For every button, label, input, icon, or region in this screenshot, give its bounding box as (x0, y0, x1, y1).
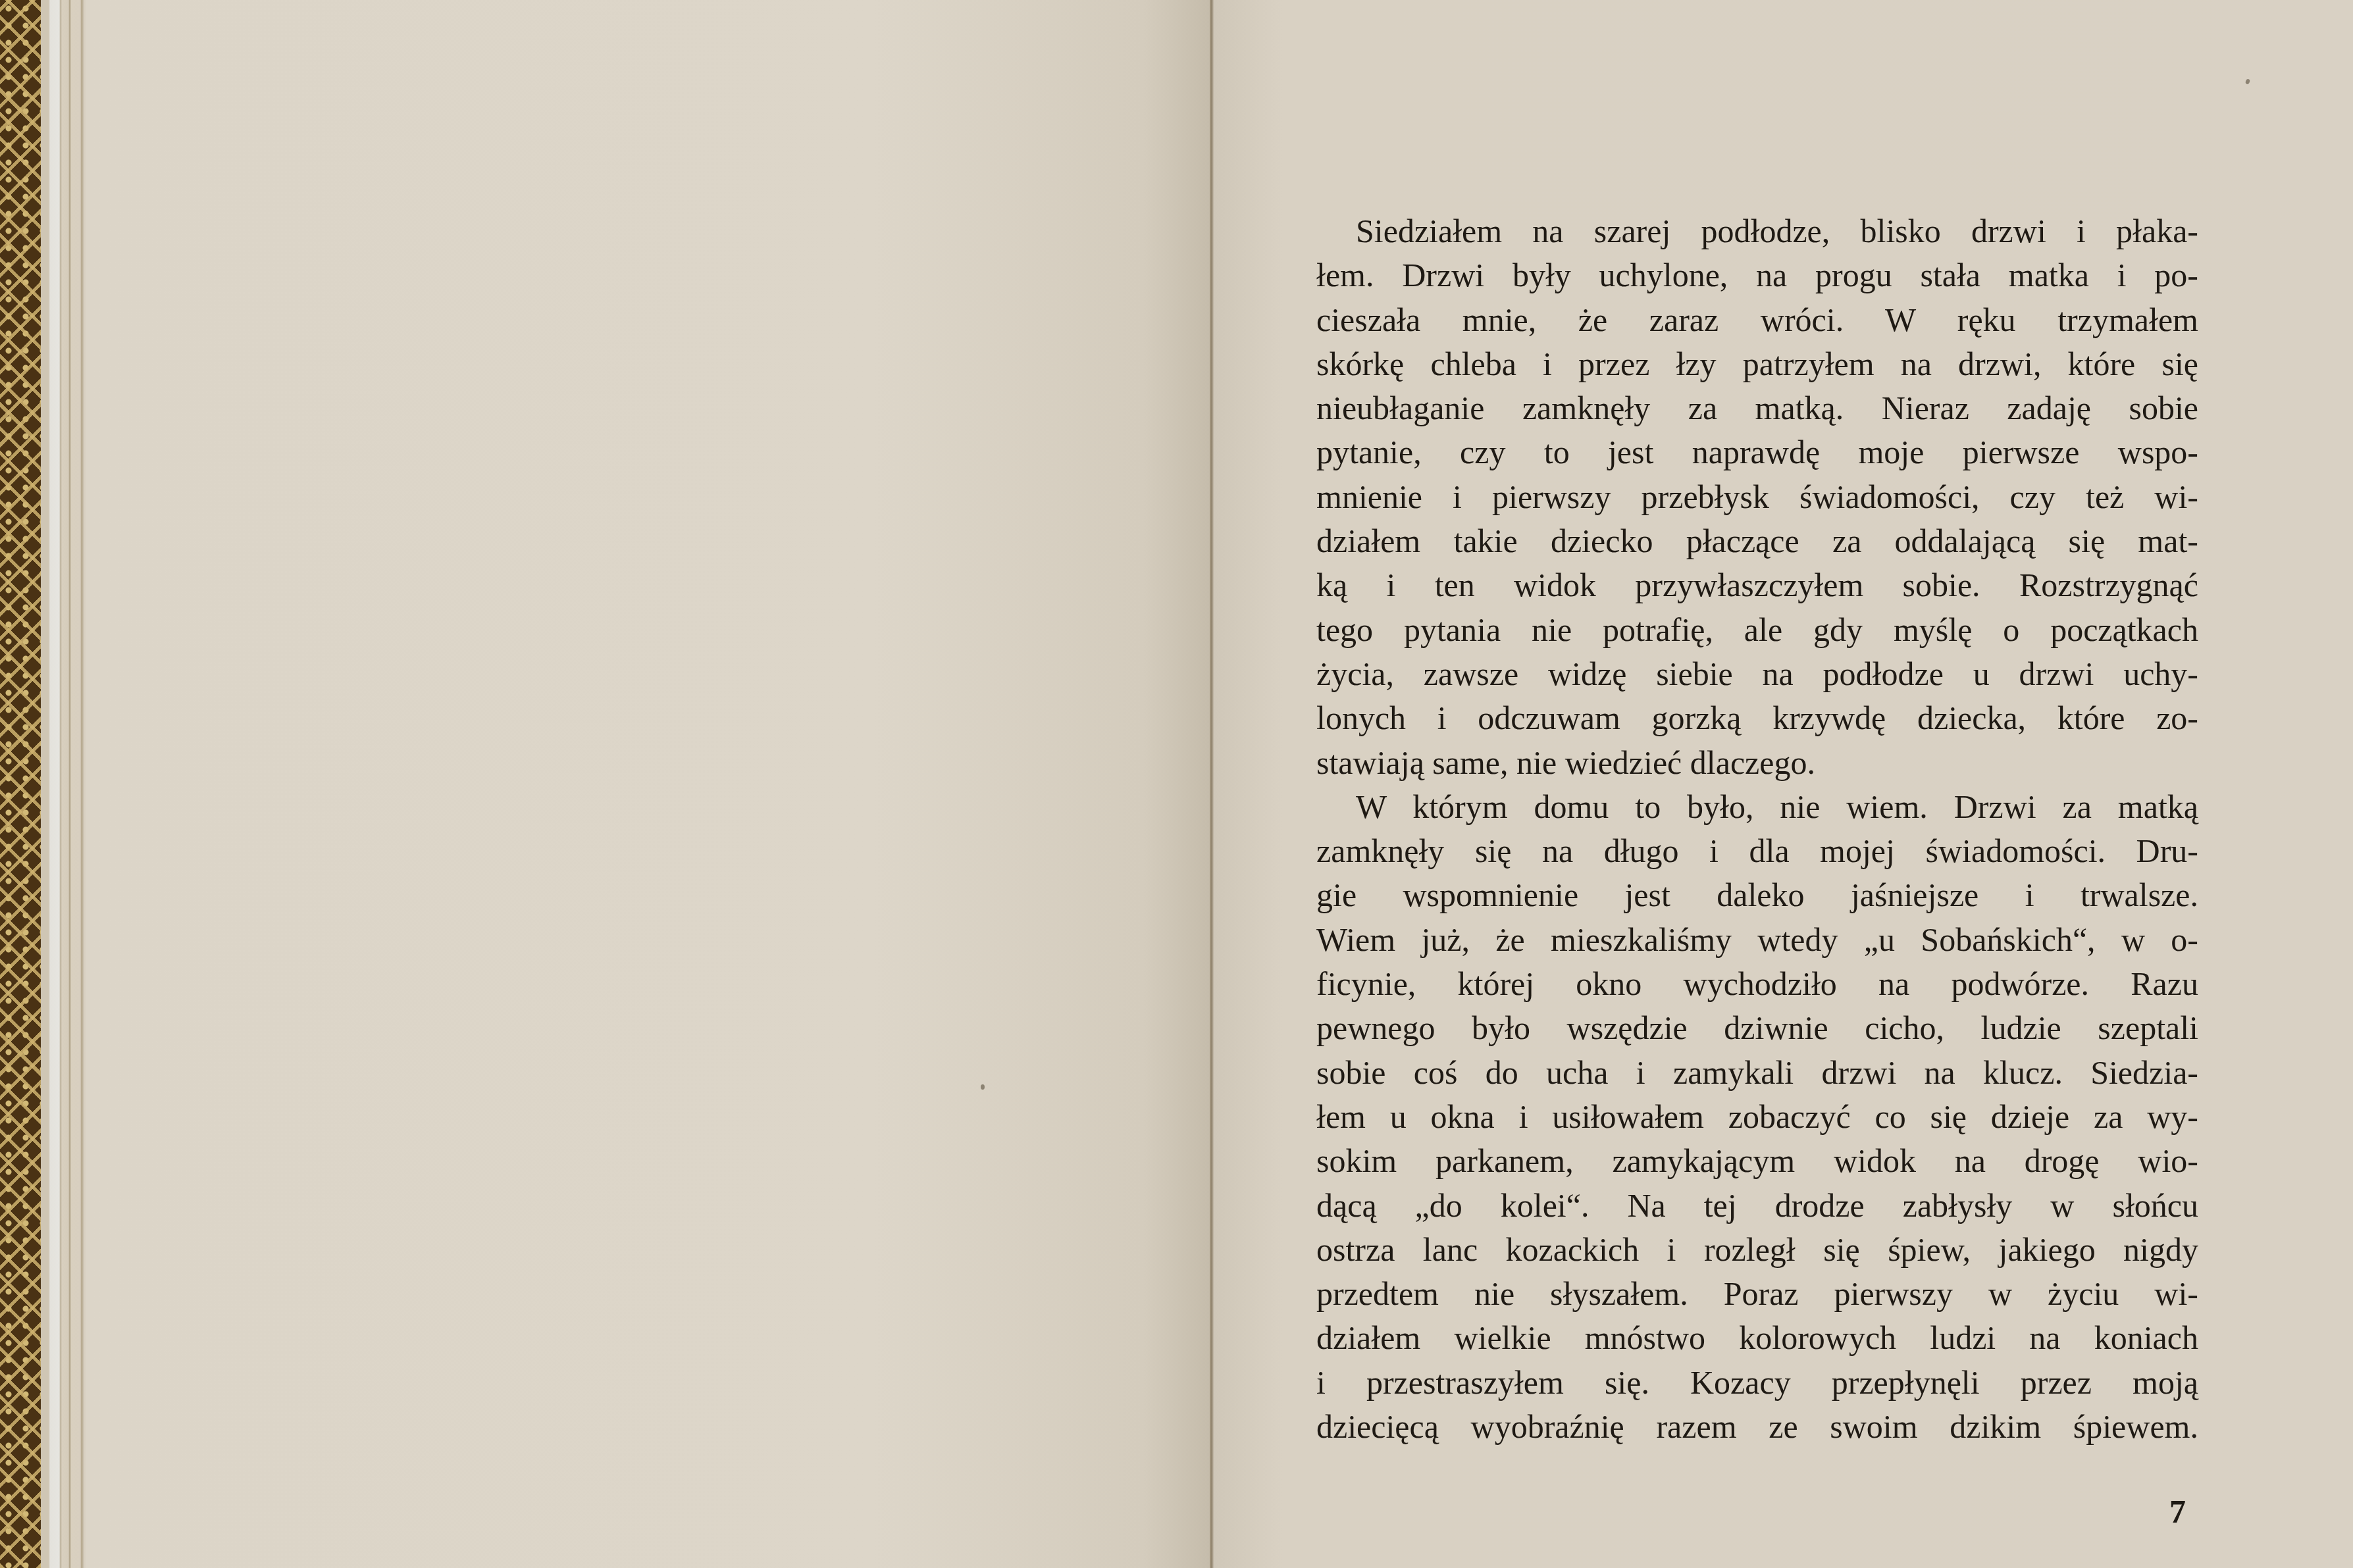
text-line: sokim parkanem, zamykającym widok na dro… (1316, 1139, 2198, 1183)
text-line: działem wielkie mnóstwo kolorowych ludzi… (1316, 1316, 2198, 1360)
text-line: skórkę chleba i przez łzy patrzyłem na d… (1316, 342, 2198, 386)
text-line: przedtem nie słyszałem. Poraz pierwszy w… (1316, 1272, 2198, 1316)
page-edges (41, 0, 86, 1568)
paper-speck (981, 1084, 985, 1090)
text-line: lonych i odczuwam gorzką krzywdę dziecka… (1316, 696, 2198, 740)
text-line: dącą „do kolei“. Na tej drodze zabłysły … (1316, 1184, 2198, 1228)
text-line: Siedziałem na szarej podłodze, blisko dr… (1316, 209, 2198, 253)
text-line: W którym domu to było, nie wiem. Drzwi z… (1316, 785, 2198, 829)
text-line: zamknęły się na długo i dla mojej świado… (1316, 829, 2198, 873)
left-page-blank (86, 0, 1211, 1568)
text-line: cieszała mnie, że zaraz wróci. W ręku tr… (1316, 298, 2198, 342)
text-line: nieubłaganie zamknęły za matką. Nieraz z… (1316, 386, 2198, 430)
text-line: pewnego było wszędzie dziwnie cicho, lud… (1316, 1006, 2198, 1050)
text-line: stawiają same, nie wiedzieć dlaczego. (1316, 741, 2198, 785)
text-line: tego pytania nie potrafię, ale gdy myślę… (1316, 608, 2198, 652)
text-line: życia, zawsze widzę siebie na podłodze u… (1316, 652, 2198, 696)
text-line: i przestraszyłem się. Kozacy przepłynęli… (1316, 1361, 2198, 1405)
text-line: ficynie, której okno wychodziło na podwó… (1316, 962, 2198, 1006)
book-cover-binding (0, 0, 41, 1568)
text-line: Wiem już, że mieszkaliśmy wtedy „u Sobań… (1316, 918, 2198, 962)
page-number: 7 (2169, 1492, 2186, 1530)
text-line: ką i ten widok przywłaszczyłem sobie. Ro… (1316, 563, 2198, 607)
text-line: sobie coś do ucha i zamykali drzwi na kl… (1316, 1051, 2198, 1095)
text-line: łem u okna i usiłowałem zobaczyć co się … (1316, 1095, 2198, 1139)
text-line: mnienie i pierwszy przebłysk świadomości… (1316, 475, 2198, 519)
text-line: działem takie dziecko płaczące za oddala… (1316, 519, 2198, 563)
text-line: gie wspomnienie jest daleko jaśniejsze i… (1316, 873, 2198, 917)
text-line: ostrza lanc kozackich i rozległ się śpie… (1316, 1228, 2198, 1272)
text-line: dziecięcą wyobraźnię razem ze swoim dzik… (1316, 1405, 2198, 1449)
body-text: Siedziałem na szarej podłodze, blisko dr… (1316, 209, 2198, 1449)
text-line: łem. Drzwi były uchylone, na progu stała… (1316, 253, 2198, 297)
text-line: pytanie, czy to jest naprawdę moje pierw… (1316, 430, 2198, 474)
